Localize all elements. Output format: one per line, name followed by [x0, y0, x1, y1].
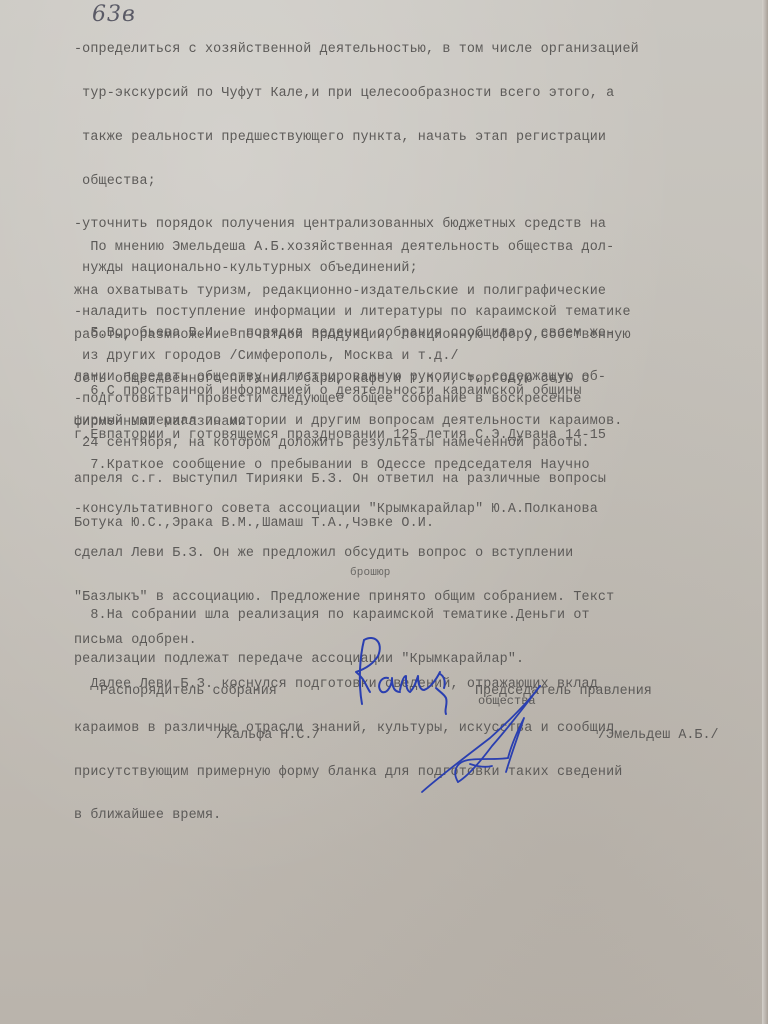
paragraph-line: 8.На собрании шла реализация по караимск… [74, 609, 590, 624]
task-line: -определиться с хозяйственной деятельнос… [74, 43, 639, 58]
task-line: общества; [74, 175, 639, 190]
signatory-right-name: /Эмельдеш А.Б./ [598, 728, 719, 743]
task-line: тур-экскурсий по Чуфут Кале,и при целесо… [74, 87, 639, 102]
paragraph-line: 6.С пространной информацией о деятельнос… [74, 385, 606, 400]
paragraph-line: 5.Воробьева В.И. в порядке ведения собра… [74, 327, 622, 342]
signatory-left-name: /Кальфа Н.С./ [216, 728, 320, 743]
paragraph-line: По мнению Эмельдеша А.Б.хозяйственная де… [74, 241, 631, 256]
paragraph-item-8: 8.На собрании шла реализация по караимск… [74, 580, 590, 682]
paragraph-line: реализации подлежат передаче ассоциации … [74, 653, 590, 668]
page-edge [762, 0, 768, 1024]
paragraph-line: 7.Краткое сообщение о пребывании в Одесс… [74, 459, 622, 474]
paragraph-line: -консультативного совета ассоциации "Кры… [74, 503, 622, 518]
typed-insertion: брошюр [350, 566, 391, 581]
paragraph-line: в ближайшее время. [74, 809, 622, 824]
signatory-left-title: Распорядитель собрания [100, 684, 277, 699]
paragraph-line: сделал Леви Б.З. Он же предложил обсудит… [74, 547, 622, 562]
task-line: также реальности предшествующего пункта,… [74, 131, 639, 146]
signature-emeldesh [410, 680, 560, 800]
